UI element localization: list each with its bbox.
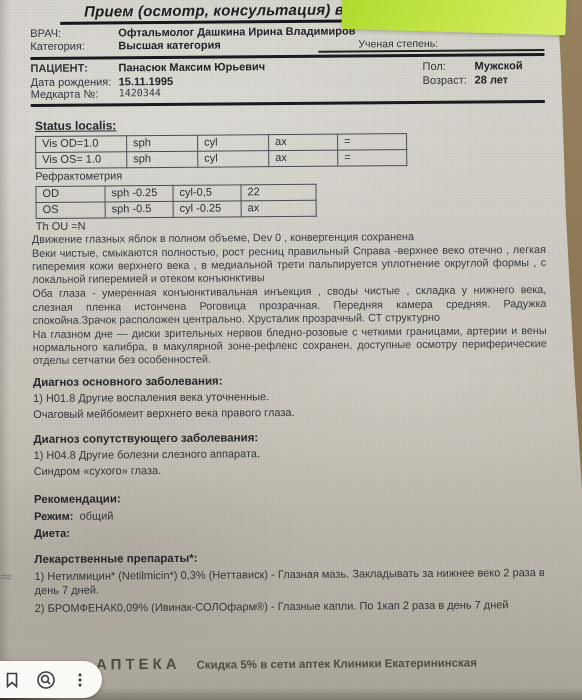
visus-table: Vis OD=1.0 sph cyl ax = Vis OS= 1.0 sph … bbox=[35, 133, 407, 169]
exam-paragraph: На глазном дне — диски зрительных нервов… bbox=[33, 325, 547, 369]
medication-text: 2) БРОМФЕНАК0,09% (Ивинак-СОЛОфарм®) - Г… bbox=[35, 599, 509, 615]
medication-text: 1) Нетилмицин* (Netilmicin*) 0,3% (Нетта… bbox=[34, 567, 544, 597]
vis-od-eq: = bbox=[338, 133, 407, 150]
regimen-label: Режим: bbox=[34, 510, 73, 522]
exam-paragraph: Веки чистые, смыкаются полностью, рост р… bbox=[32, 244, 546, 288]
medical-report: Прием (осмотр, консультация) врача-офт В… bbox=[0, 0, 582, 616]
vis-os: Vis OS= 1.0 bbox=[36, 151, 127, 168]
concomitant-diagnosis-heading: Диагноз сопутствующего заболевания: bbox=[33, 430, 547, 446]
refr-os-sph: sph -0.5 bbox=[105, 201, 173, 218]
pharmacy-brand: АПТЕКА bbox=[96, 656, 181, 674]
vis-os-cyl: cyl bbox=[198, 150, 269, 167]
bookmark-icon[interactable] bbox=[0, 668, 24, 692]
birthdate-label: Дата рождения: bbox=[31, 76, 119, 89]
category-value: Высшая категория bbox=[118, 39, 258, 55]
medications-heading: Лекарственные препараты*: bbox=[34, 550, 548, 566]
patient-label: ПАЦИЕНТ: bbox=[30, 62, 118, 76]
recommendations-heading: Рекомендации: bbox=[34, 490, 548, 506]
regimen-row: Режим: общий bbox=[34, 507, 548, 523]
refr-od: OD bbox=[36, 185, 105, 202]
sex-age-block: Пол: Мужской Возраст: 28 лет bbox=[422, 60, 544, 87]
sex-value: Мужской bbox=[474, 60, 544, 73]
diagnosis-line: 1) H01.8 Другие воспаления века уточненн… bbox=[33, 389, 547, 405]
vis-os-eq: = bbox=[338, 149, 407, 166]
exam-paragraph: Оба глаза - умеренная конъюнктивальная и… bbox=[32, 284, 546, 328]
refr-od-ax: 22 bbox=[241, 184, 316, 201]
status-localis-heading: Status localis: bbox=[35, 115, 545, 133]
regimen-value: общий bbox=[80, 510, 114, 522]
main-diagnosis-heading: Диагноз основного заболевания: bbox=[33, 373, 547, 389]
medcard-row: Медкарта №: 1420344 bbox=[31, 85, 545, 102]
sex-label: Пол: bbox=[422, 61, 474, 73]
refractometry-label: Рефрактометрия bbox=[35, 167, 545, 183]
vis-os-ax: ax bbox=[269, 150, 338, 167]
vis-od: Vis OD=1.0 bbox=[36, 135, 127, 152]
refractometry-table: OD sph -0.25 cyl-0,5 22 OS sph -0.5 cyl … bbox=[35, 183, 316, 218]
table-row: OS sph -0.5 cyl -0.25 ax bbox=[36, 200, 316, 218]
main-diagnosis-section: Диагноз основного заболевания: 1) H01.8 … bbox=[33, 373, 547, 421]
table-row: Vis OS= 1.0 sph cyl ax = bbox=[36, 149, 407, 168]
pharmacy-promo: Скидка 5% в сети аптек Клиники Екатерини… bbox=[197, 658, 477, 672]
refr-os-cyl: cyl -0.25 bbox=[173, 200, 241, 217]
doctor-label: ВРАЧ: bbox=[30, 27, 118, 40]
age-value: 28 лет bbox=[475, 74, 545, 87]
viewer-toolbar bbox=[0, 661, 102, 698]
category-row: Категория: Высшая категория Ученая степе… bbox=[30, 37, 544, 56]
pharmacy-footer: АПТЕКА Скидка 5% в сети аптек Клиники Ек… bbox=[96, 654, 477, 674]
image-search-icon[interactable] bbox=[34, 668, 58, 692]
medication-item: ≈ 1) Нетилмицин* (Netilmicin*) 0,3% (Нет… bbox=[34, 566, 548, 598]
degree-label: Ученая степень: bbox=[318, 37, 544, 53]
refr-os-ax: ax bbox=[241, 200, 316, 217]
patient-name: Панасюк Максим Юрьевич bbox=[118, 61, 265, 76]
medications-section: Лекарственные препараты*: ≈ 1) Нетилмици… bbox=[34, 550, 548, 616]
status-localis-section: Status localis: Vis OD=1.0 sph cyl ax = … bbox=[35, 115, 546, 233]
refr-os: OS bbox=[36, 201, 105, 218]
diagnosis-line: Очаговый мейбомеит верхнего века правого… bbox=[33, 405, 547, 421]
vis-od-sph: sph bbox=[127, 135, 198, 152]
more-options-icon[interactable] bbox=[68, 668, 92, 692]
vis-od-ax: ax bbox=[269, 134, 338, 151]
pen-mark: ≈ bbox=[0, 570, 12, 584]
recommendations-section: Рекомендации: Режим: общий Диета: bbox=[34, 490, 548, 540]
category-label: Категория: bbox=[30, 40, 118, 55]
diagnosis-line: 1) H04.8 Другие болезни слезного аппарат… bbox=[34, 446, 548, 462]
medcard-number: 1420344 bbox=[119, 88, 161, 101]
concomitant-diagnosis-section: Диагноз сопутствующего заболевания: 1) H… bbox=[33, 430, 547, 478]
diagnosis-line: Синдром «сухого» глаза. bbox=[34, 462, 548, 478]
refr-od-sph: sph -0.25 bbox=[105, 185, 173, 202]
birthdate-value: 15.11.1995 bbox=[119, 75, 174, 88]
refr-od-cyl: cyl-0,5 bbox=[173, 184, 241, 201]
diet-label: Диета: bbox=[34, 527, 70, 539]
patient-block: ПАЦИЕНТ: Панасюк Максим Юрьевич Дата рож… bbox=[30, 59, 544, 102]
vis-od-cyl: cyl bbox=[198, 134, 269, 151]
age-label: Возраст: bbox=[423, 75, 475, 87]
vis-os-sph: sph bbox=[127, 151, 198, 168]
medcard-label: Медкарта №: bbox=[31, 88, 119, 101]
photo-viewer: Прием (осмотр, консультация) врача-офт В… bbox=[0, 0, 582, 700]
